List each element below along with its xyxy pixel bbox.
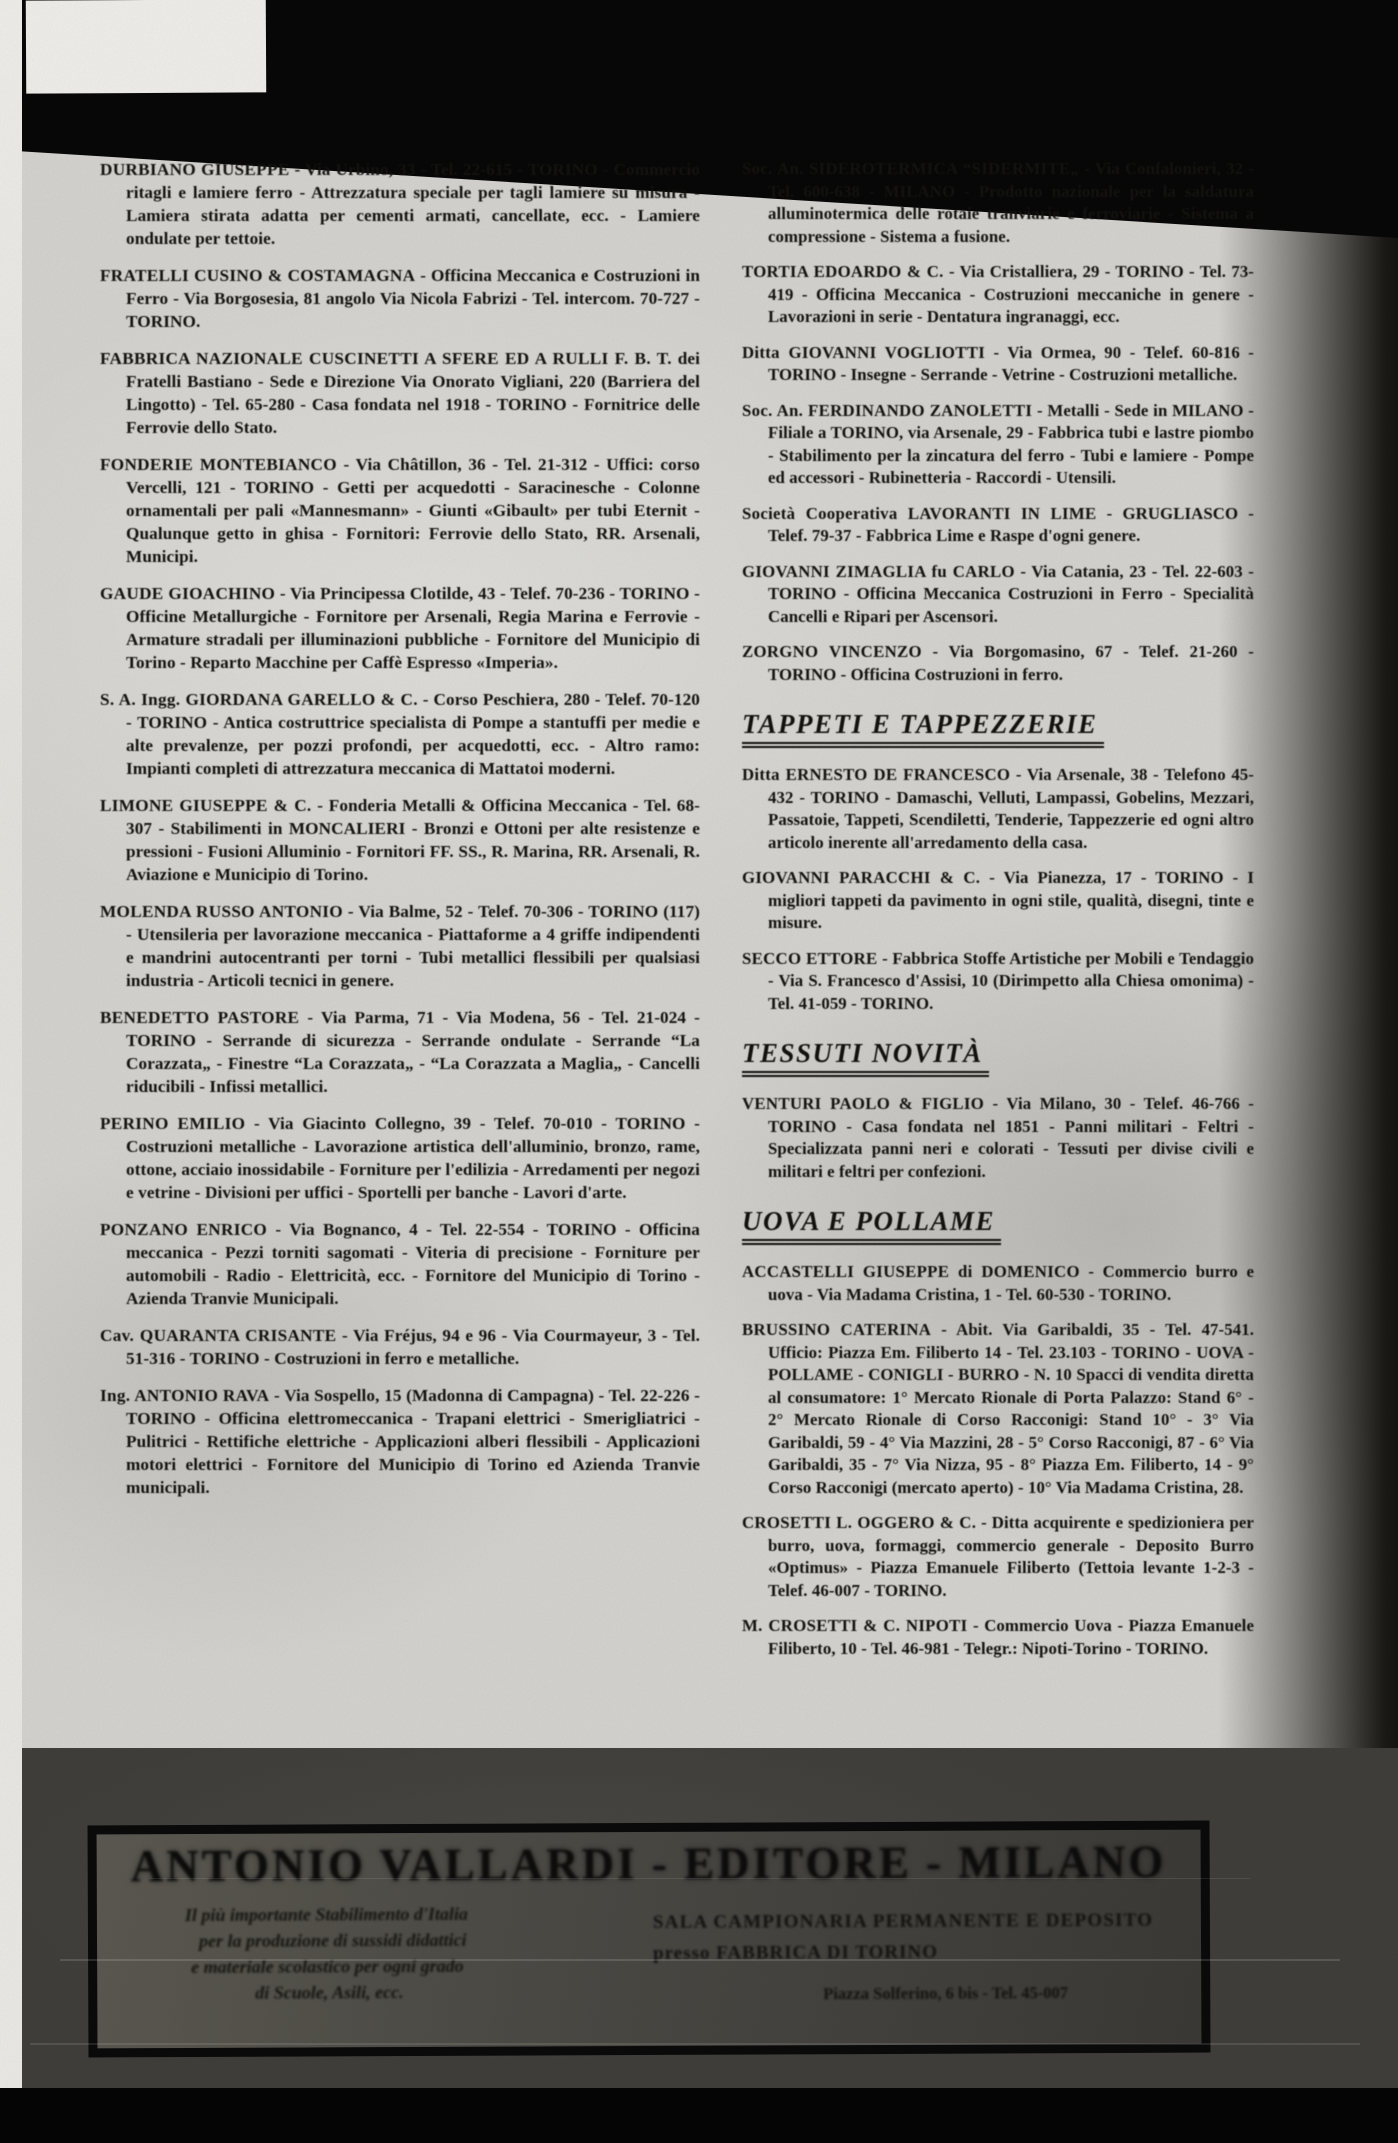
entry-company-name: ZORGNO VINCENZO xyxy=(742,642,922,661)
directory-entry: BRUSSINO CATERINA - Abit. Via Garibaldi,… xyxy=(742,1319,1254,1499)
directory-entry: FONDERIE MONTEBIANCO - Via Châtillon, 36… xyxy=(100,453,700,568)
entry-company-name: PERINO EMILIO xyxy=(100,1114,245,1133)
vallardi-ad-address-line: Piazza Solferino, 6 bis - Tel. 45-007 xyxy=(823,1983,1201,2005)
vallardi-ad-right-text: SALA CAMPIONARIA PERMANENTE E DEPOSITO p… xyxy=(615,1898,1201,2006)
entry-company-name: BENEDETTO PASTORE xyxy=(100,1008,299,1027)
vallardi-ad-left-text: Il più importante Stabilimento d'Italiap… xyxy=(97,1900,615,2007)
directory-entry: CROSETTI L. OGGERO & C. - Ditta acquiren… xyxy=(742,1512,1254,1602)
directory-entry: Cav. QUARANTA CRISANTE - Via Fréjus, 94 … xyxy=(100,1324,700,1370)
section-heading-uova-e-pollame: UOVA E POLLAME xyxy=(742,1206,1001,1245)
directory-entry: Ditta GIOVANNI VOGLIOTTI - Via Ormea, 90… xyxy=(742,342,1254,387)
entry-company-name: Soc. An. SIDEROTERMICA “SIDERMITE„ xyxy=(742,159,1079,178)
directory-entry: Ing. ANTONIO RAVA - Via Sospello, 15 (Ma… xyxy=(100,1384,700,1499)
vallardi-ad-banner: ANTONIO VALLARDI - EDITORE - MILANO Il p… xyxy=(87,1821,1210,2058)
directory-entry: Soc. An. FERDINANDO ZANOLETTI - Metalli … xyxy=(742,400,1254,490)
directory-entry: PONZANO ENRICO - Via Bognanco, 4 - Tel. … xyxy=(100,1218,700,1310)
entry-company-name: TORTIA EDOARDO & C. xyxy=(742,262,944,281)
directory-entry: Soc. An. SIDEROTERMICA “SIDERMITE„ - Via… xyxy=(742,158,1254,248)
directory-entry: GIOVANNI PARACCHI & C. - Via Pianezza, 1… xyxy=(742,867,1254,935)
entry-company-name: PONZANO ENRICO xyxy=(100,1220,267,1239)
directory-right-column: Soc. An. SIDEROTERMICA “SIDERMITE„ - Via… xyxy=(742,158,1254,1673)
directory-entry: LIMONE GIUSEPPE & C. - Fonderia Metalli … xyxy=(100,794,700,886)
entry-company-name: ACCASTELLI GIUSEPPE di DOMENICO xyxy=(742,1262,1080,1281)
directory-entry: TORTIA EDOARDO & C. - Via Cristalliera, … xyxy=(742,261,1254,329)
vallardi-ad-slogan-line: per la produzione di sussidi didattici xyxy=(199,1926,615,1954)
directory-entry: Società Cooperativa LAVORANTI IN LIME - … xyxy=(742,503,1254,548)
entry-company-name: FONDERIE MONTEBIANCO xyxy=(100,455,337,474)
entry-company-name: LIMONE GIUSEPPE & C. xyxy=(100,796,312,815)
entry-company-name: Soc. An. FERDINANDO ZANOLETTI xyxy=(742,401,1032,420)
entry-company-name: M. CROSETTI & C. NIPOTI xyxy=(742,1616,967,1635)
directory-entry: FRATELLI CUSINO & COSTAMAGNA - Officina … xyxy=(100,264,700,333)
directory-entry: PERINO EMILIO - Via Giacinto Collegno, 3… xyxy=(100,1112,700,1204)
entry-company-name: MOLENDA RUSSO ANTONIO xyxy=(100,902,343,921)
entry-company-name: Cav. QUARANTA CRISANTE xyxy=(100,1326,336,1345)
vallardi-ad-slogan-line: e materiale scolastico per ogni grado xyxy=(191,1952,615,1980)
directory-left-column: DURBIANO GIUSEPPE - Via Urbino, 33 - Tel… xyxy=(100,158,700,1513)
vallardi-ad-showroom-line: SALA CAMPIONARIA PERMANENTE E DEPOSITO xyxy=(653,1910,1201,1934)
section-heading-tappeti-e-tappezzerie: TAPPETI E TAPPEZZERIE xyxy=(742,709,1104,748)
section-heading-tessuti-novita: TESSUTI NOVITÀ xyxy=(742,1038,989,1077)
entry-company-name: Ditta GIOVANNI VOGLIOTTI xyxy=(742,343,985,362)
vallardi-ad-body: Il più importante Stabilimento d'Italiap… xyxy=(97,1898,1201,2008)
directory-entry: VENTURI PAOLO & FIGLIO - Via Milano, 30 … xyxy=(742,1093,1254,1183)
entry-company-name: BRUSSINO CATERINA xyxy=(742,1320,931,1339)
entry-company-name: GAUDE GIOACHINO xyxy=(100,584,275,603)
vallardi-ad-slogan-line: di Scuole, Asili, ecc. xyxy=(255,1978,615,2006)
entry-company-name: GIOVANNI ZIMAGLIA fu CARLO xyxy=(742,562,1015,581)
directory-entry: GAUDE GIOACHINO - Via Principessa Clotil… xyxy=(100,582,700,674)
entry-company-name: GIOVANNI PARACCHI & C. xyxy=(742,868,980,887)
entry-company-name: Ditta ERNESTO DE FRANCESCO xyxy=(742,765,1010,784)
entry-company-name: Società Cooperativa LAVORANTI IN LIME xyxy=(742,504,1097,523)
directory-entry: Ditta ERNESTO DE FRANCESCO - Via Arsenal… xyxy=(742,764,1254,854)
entry-company-name: SECCO ETTORE xyxy=(742,949,878,968)
entry-company-name: S. A. Ingg. GIORDANA GARELLO & C. xyxy=(100,690,418,709)
scan-left-margin-strip xyxy=(0,0,22,2088)
directory-entry: FABBRICA NAZIONALE CUSCINETTI A SFERE ED… xyxy=(100,347,700,439)
entry-company-name: VENTURI PAOLO & FIGLIO xyxy=(742,1094,984,1113)
scan-top-white-block xyxy=(26,0,266,94)
entry-details-text: - Abit. Via Garibaldi, 35 - Tel. 47-541.… xyxy=(768,1320,1254,1497)
directory-entry: BENEDETTO PASTORE - Via Parma, 71 - Via … xyxy=(100,1006,700,1098)
directory-entry: GIOVANNI ZIMAGLIA fu CARLO - Via Catania… xyxy=(742,561,1254,629)
entry-company-name: Ing. ANTONIO RAVA xyxy=(100,1386,269,1405)
directory-entry: MOLENDA RUSSO ANTONIO - Via Balme, 52 - … xyxy=(100,900,700,992)
directory-entry: S. A. Ingg. GIORDANA GARELLO & C. - Cors… xyxy=(100,688,700,780)
vallardi-ad-title: ANTONIO VALLARDI - EDITORE - MILANO xyxy=(131,1836,1201,1893)
scan-bottom-black-band xyxy=(0,2088,1398,2143)
directory-entry: ACCASTELLI GIUSEPPE di DOMENICO - Commer… xyxy=(742,1261,1254,1306)
directory-entry: DURBIANO GIUSEPPE - Via Urbino, 33 - Tel… xyxy=(100,158,700,250)
directory-entry: ZORGNO VINCENZO - Via Borgomasino, 67 - … xyxy=(742,641,1254,686)
entry-company-name: CROSETTI L. OGGERO & C. xyxy=(742,1513,976,1532)
entry-company-name: FRATELLI CUSINO & COSTAMAGNA xyxy=(100,266,415,285)
entry-company-name: FABBRICA NAZIONALE CUSCINETTI A SFERE ED… xyxy=(100,349,672,368)
directory-entry: SECCO ETTORE - Fabbrica Stoffe Artistich… xyxy=(742,948,1254,1016)
vallardi-ad-slogan-line: Il più importante Stabilimento d'Italia xyxy=(185,1900,615,1928)
directory-entry: M. CROSETTI & C. NIPOTI - Commercio Uova… xyxy=(742,1615,1254,1660)
vallardi-ad-factory-line: presso FABBRICA DI TORINO xyxy=(653,1941,1201,1965)
entry-company-name: DURBIANO GIUSEPPE xyxy=(100,160,290,179)
